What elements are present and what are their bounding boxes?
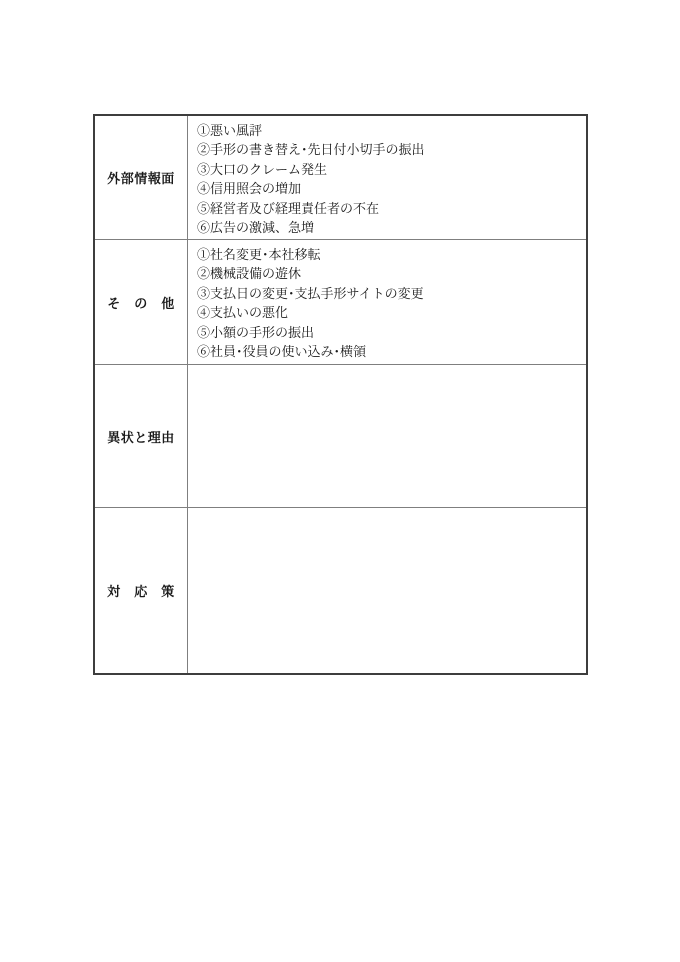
row-header-label: そ の 他	[107, 293, 175, 312]
list-item: ④支払いの悪化	[197, 303, 580, 322]
list-item: ③支払日の変更･支払手形サイトの変更	[197, 284, 580, 303]
list-item: ③大口のクレーム発生	[197, 160, 580, 179]
list-item: ⑥社員･役員の使い込み･横領	[197, 342, 580, 361]
list-item: ⑥広告の激減、急増	[197, 218, 580, 237]
table-row-abnormality-reason: 異状と理由	[95, 364, 586, 507]
row-header-cell: 対 応 策	[95, 508, 188, 673]
row-header-label: 対 応 策	[107, 581, 175, 600]
table-row-external-info: 外部情報面 ①悪い風評 ②手形の書き替え･先日付小切手の振出 ③大口のクレーム発…	[95, 116, 586, 239]
row-content-cell-empty	[188, 508, 586, 673]
list-item: ①悪い風評	[197, 121, 580, 140]
document-page: 外部情報面 ①悪い風評 ②手形の書き替え･先日付小切手の振出 ③大口のクレーム発…	[0, 0, 680, 962]
row-header-cell: そ の 他	[95, 240, 188, 364]
list-item: ②機械設備の遊休	[197, 264, 580, 283]
list-item: ⑤経営者及び経理責任者の不在	[197, 199, 580, 218]
row-content-cell: ①悪い風評 ②手形の書き替え･先日付小切手の振出 ③大口のクレーム発生 ④信用照…	[188, 116, 586, 239]
row-header-label: 外部情報面	[107, 168, 175, 187]
list-item: ①社名変更･本社移転	[197, 245, 580, 264]
list-item: ②手形の書き替え･先日付小切手の振出	[197, 140, 580, 159]
table-row-others: そ の 他 ①社名変更･本社移転 ②機械設備の遊休 ③支払日の変更･支払手形サイ…	[95, 239, 586, 364]
row-content-cell: ①社名変更･本社移転 ②機械設備の遊休 ③支払日の変更･支払手形サイトの変更 ④…	[188, 240, 586, 364]
table-row-countermeasures: 対 応 策	[95, 507, 586, 673]
row-header-cell: 外部情報面	[95, 116, 188, 239]
list-item: ⑤小額の手形の振出	[197, 323, 580, 342]
row-content-cell-empty	[188, 365, 586, 507]
assessment-table: 外部情報面 ①悪い風評 ②手形の書き替え･先日付小切手の振出 ③大口のクレーム発…	[93, 114, 588, 675]
row-header-cell: 異状と理由	[95, 365, 188, 507]
row-header-label: 異状と理由	[107, 427, 175, 446]
list-item: ④信用照会の増加	[197, 179, 580, 198]
